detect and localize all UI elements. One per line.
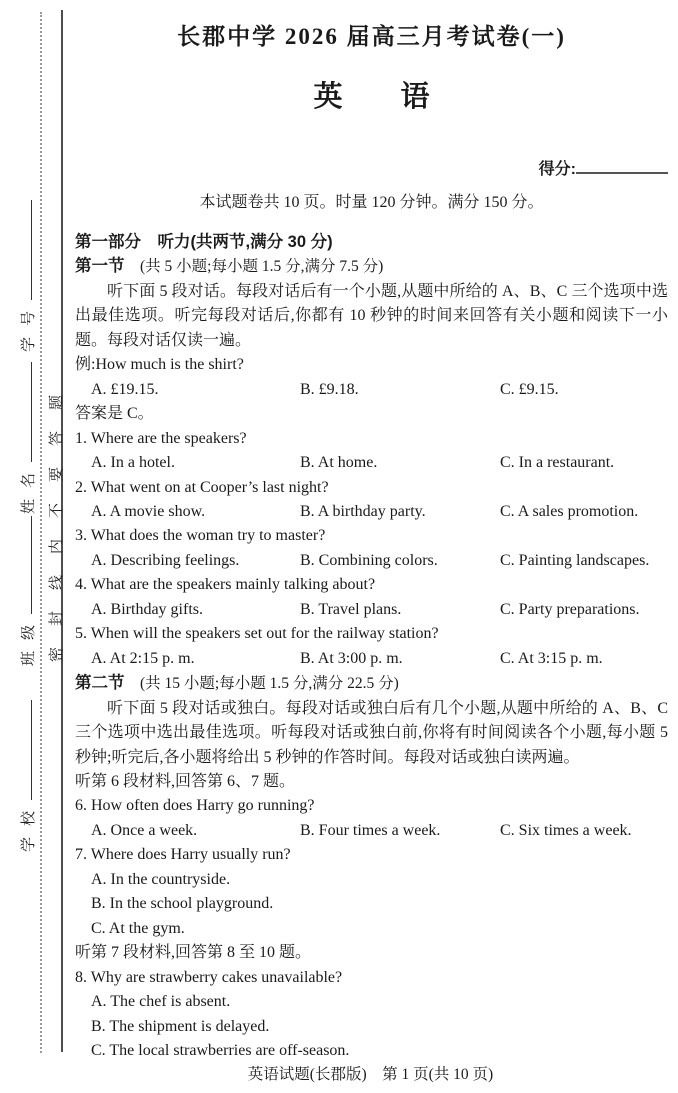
option-a: A. Describing feelings. [91, 549, 300, 573]
question-7: 7. Where does Harry usually run? [75, 843, 668, 867]
question-7-option-c: C. At the gym. [75, 917, 668, 941]
question-6-options: A. Once a week. B. Four times a week. C.… [75, 819, 668, 843]
class-field: 班级 [17, 516, 39, 666]
score-label: 得分: [539, 161, 576, 178]
class-label: 班级 [19, 614, 39, 666]
question-8-option-c: C. The local strawberries are off-season… [75, 1039, 668, 1063]
section2-title: 第二节 [75, 674, 125, 692]
seal-instruction-text: 密封线内不要答题 [45, 362, 63, 662]
student-name-field: 姓名 [17, 362, 39, 514]
option-b: B. Combining colors. [300, 549, 500, 573]
option-a: A. At 2:15 p. m. [91, 647, 300, 671]
section1-heading: 第一节 (共 5 小题;每小题 1.5 分,满分 7.5 分) [75, 254, 668, 279]
section1-note: (共 5 小题;每小题 1.5 分,满分 7.5 分) [125, 258, 384, 275]
option-c: C. Six times a week. [500, 819, 668, 843]
question-1: 1. Where are the speakers? [75, 427, 668, 451]
exam-body: 第一部分 听力(共两节,满分 30 分) 第一节 (共 5 小题;每小题 1.5… [75, 230, 668, 1063]
section2-heading: 第二节 (共 15 小题;每小题 1.5 分,满分 22.5 分) [75, 671, 668, 696]
option-b: B. £9.18. [300, 378, 500, 402]
student-id-blank [31, 200, 32, 300]
example-question: 例:How much is the shirt? [75, 353, 668, 377]
question-4-options: A. Birthday gifts. B. Travel plans. C. P… [75, 598, 668, 622]
section1-instructions: 听下面 5 段对话。每段对话后有一个小题,从题中所给的 A、B、C 三个选项中选… [75, 280, 668, 353]
section1-title: 第一节 [75, 257, 125, 275]
question-5: 5. When will the speakers set out for th… [75, 622, 668, 646]
score-row: 得分: [75, 156, 668, 178]
student-id-label: 学号 [19, 300, 39, 352]
question-6: 6. How often does Harry go running? [75, 794, 668, 818]
page-footer: 英语试题(长郡版) 第 1 页(共 10 页) [63, 1062, 678, 1084]
option-b: B. Four times a week. [300, 819, 500, 843]
question-4: 4. What are the speakers mainly talking … [75, 573, 668, 597]
section2-note: (共 15 小题;每小题 1.5 分,满分 22.5 分) [125, 675, 399, 692]
question-1-options: A. In a hotel. B. At home. C. In a resta… [75, 451, 668, 475]
class-blank [31, 516, 32, 614]
option-c: C. Party preparations. [500, 598, 668, 622]
material-7-note: 听第 7 段材料,回答第 8 至 10 题。 [75, 941, 668, 965]
student-name-blank [31, 362, 32, 462]
question-8-option-b: B. The shipment is delayed. [75, 1015, 668, 1039]
page-title: 长郡中学 2026 届高三月考试卷(一) [75, 20, 668, 54]
question-8: 8. Why are strawberry cakes unavailable? [75, 966, 668, 990]
school-blank [31, 700, 32, 800]
exam-info: 本试题卷共 10 页。时量 120 分钟。满分 150 分。 [75, 192, 668, 214]
option-c: C. At 3:15 p. m. [500, 647, 668, 671]
option-b: B. At 3:00 p. m. [300, 647, 500, 671]
example-options: A. £19.15. B. £9.18. C. £9.15. [75, 378, 668, 402]
option-c: C. £9.15. [500, 378, 668, 402]
option-c: C. A sales promotion. [500, 500, 668, 524]
example-answer: 答案是 C。 [75, 402, 668, 426]
exam-content: 长郡中学 2026 届高三月考试卷(一) 英 语 得分: 本试题卷共 10 页。… [63, 0, 678, 1063]
student-id-field: 学号 [17, 200, 39, 352]
school-label: 学校 [19, 800, 39, 852]
option-b: B. A birthday party. [300, 500, 500, 524]
question-3: 3. What does the woman try to master? [75, 524, 668, 548]
option-b: B. Travel plans. [300, 598, 500, 622]
question-8-option-a: A. The chef is absent. [75, 990, 668, 1014]
student-name-label: 姓名 [19, 462, 39, 514]
option-a: A. In a hotel. [91, 451, 300, 475]
question-7-option-a: A. In the countryside. [75, 868, 668, 892]
section2-instructions: 听下面 5 段对话或独白。每段对话或独白后有几个小题,从题中所给的 A、B、C … [75, 697, 668, 770]
school-field: 学校 [17, 700, 39, 852]
part1-heading: 第一部分 听力(共两节,满分 30 分) [75, 230, 668, 254]
material-6-note: 听第 6 段材料,回答第 6、7 题。 [75, 770, 668, 794]
option-c: C. Painting landscapes. [500, 549, 668, 573]
option-a: A. Once a week. [91, 819, 300, 843]
option-c: C. In a restaurant. [500, 451, 668, 475]
question-2-options: A. A movie show. B. A birthday party. C.… [75, 500, 668, 524]
subject-title: 英 语 [75, 78, 668, 116]
score-blank [576, 156, 668, 174]
question-2: 2. What went on at Cooper’s last night? [75, 476, 668, 500]
question-3-options: A. Describing feelings. B. Combining col… [75, 549, 668, 573]
question-5-options: A. At 2:15 p. m. B. At 3:00 p. m. C. At … [75, 647, 668, 671]
option-a: A. Birthday gifts. [91, 598, 300, 622]
option-a: A. A movie show. [91, 500, 300, 524]
option-a: A. £19.15. [91, 378, 300, 402]
option-b: B. At home. [300, 451, 500, 475]
exam-paper-page: 学号 姓名 班级 学校 密封线内不要答题 长郡中学 2026 届高三月考试卷(一… [0, 0, 678, 1093]
question-7-option-b: B. In the school playground. [75, 892, 668, 916]
seal-dotted-line [40, 12, 42, 1053]
